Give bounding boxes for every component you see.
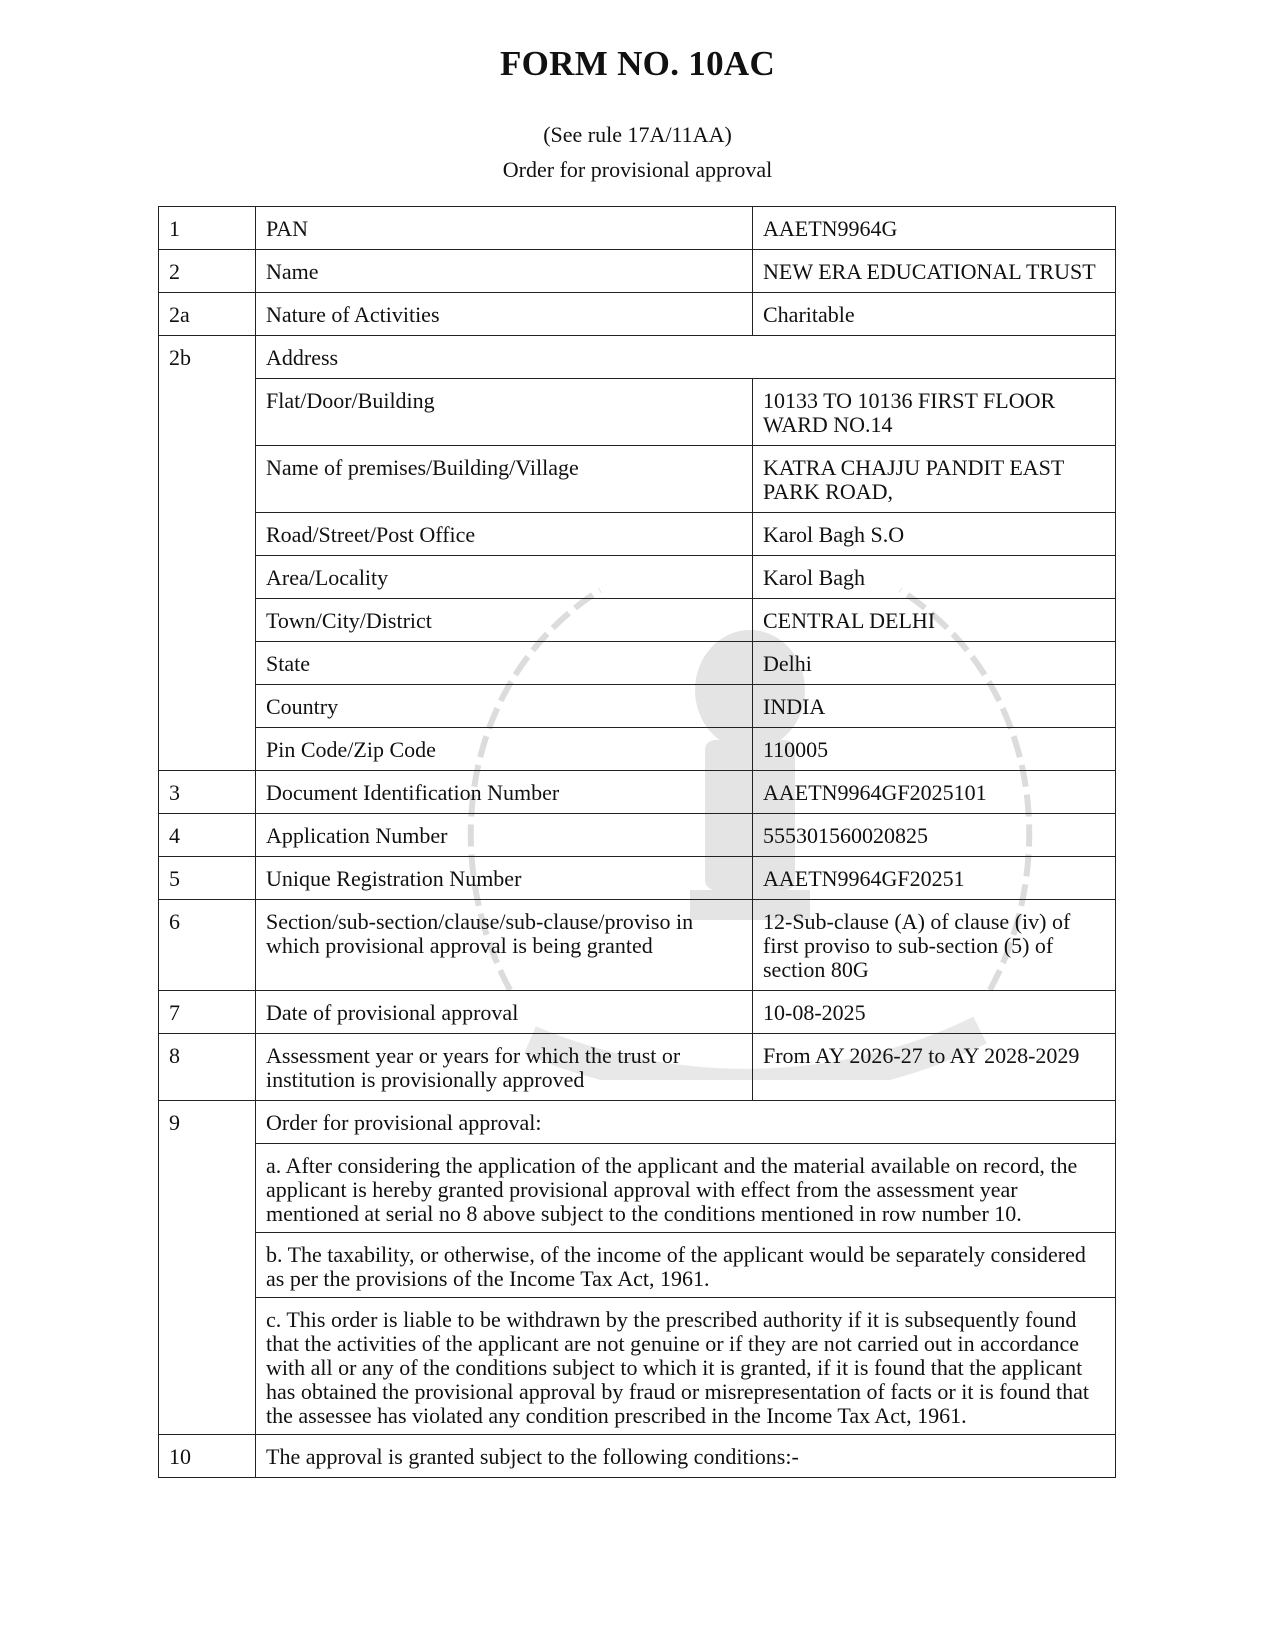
conditions-heading: The approval is granted subject to the f… bbox=[256, 1435, 1116, 1478]
field-label: Date of provisional approval bbox=[256, 991, 753, 1034]
rule-reference: (See rule 17A/11AA) bbox=[0, 122, 1275, 148]
serial-number: 6 bbox=[159, 900, 256, 991]
state-value: Delhi bbox=[753, 642, 1116, 685]
urn-value: AAETN9964GF20251 bbox=[753, 857, 1116, 900]
nature-value: Charitable bbox=[753, 293, 1116, 336]
address-row: Name of premises/Building/VillageKATRA C… bbox=[159, 446, 1116, 513]
section-value: 12-Sub-clause (A) of clause (iv) of firs… bbox=[753, 900, 1116, 991]
name-value: NEW ERA EDUCATIONAL TRUST bbox=[753, 250, 1116, 293]
serial-number: 3 bbox=[159, 771, 256, 814]
address-row: Town/City/DistrictCENTRAL DELHI bbox=[159, 599, 1116, 642]
field-label: State bbox=[256, 642, 753, 685]
field-label: Application Number bbox=[256, 814, 753, 857]
table-row-order: 9 Order for provisional approval: bbox=[159, 1101, 1116, 1144]
table-row-conditions: 10 The approval is granted subject to th… bbox=[159, 1435, 1116, 1478]
road-value: Karol Bagh S.O bbox=[753, 513, 1116, 556]
serial-number: 4 bbox=[159, 814, 256, 857]
order-paragraph-b: b. The taxability, or otherwise, of the … bbox=[256, 1233, 1116, 1298]
field-label: Area/Locality bbox=[256, 556, 753, 599]
field-label: Road/Street/Post Office bbox=[256, 513, 753, 556]
serial-number: 7 bbox=[159, 991, 256, 1034]
order-heading: Order for provisional approval: bbox=[256, 1101, 1116, 1144]
serial-number: 10 bbox=[159, 1435, 256, 1478]
serial-number: 2a bbox=[159, 293, 256, 336]
table-row-assessment-year: 8 Assessment year or years for which the… bbox=[159, 1034, 1116, 1101]
field-label: Name of premises/Building/Village bbox=[256, 446, 753, 513]
field-label: Document Identification Number bbox=[256, 771, 753, 814]
serial-number: 9 bbox=[159, 1101, 256, 1435]
table-row-din: 3 Document Identification Number AAETN99… bbox=[159, 771, 1116, 814]
address-row: Pin Code/Zip Code110005 bbox=[159, 728, 1116, 771]
serial-number: 2b bbox=[159, 336, 256, 771]
approval-form-table: 1 PAN AAETN9964G 2 Name NEW ERA EDUCATIO… bbox=[158, 206, 1116, 1478]
city-value: CENTRAL DELHI bbox=[753, 599, 1116, 642]
table-row-section: 6 Section/sub-section/clause/sub-clause/… bbox=[159, 900, 1116, 991]
form-title: FORM NO. 10AC bbox=[0, 44, 1275, 84]
application-number-value: 555301560020825 bbox=[753, 814, 1116, 857]
pincode-value: 110005 bbox=[753, 728, 1116, 771]
address-row: Area/LocalityKarol Bagh bbox=[159, 556, 1116, 599]
serial-number: 2 bbox=[159, 250, 256, 293]
table-row-name: 2 Name NEW ERA EDUCATIONAL TRUST bbox=[159, 250, 1116, 293]
pan-value: AAETN9964G bbox=[753, 207, 1116, 250]
address-row: StateDelhi bbox=[159, 642, 1116, 685]
field-label: Country bbox=[256, 685, 753, 728]
field-label: Name bbox=[256, 250, 753, 293]
field-label: Pin Code/Zip Code bbox=[256, 728, 753, 771]
address-row: CountryINDIA bbox=[159, 685, 1116, 728]
field-label: Nature of Activities bbox=[256, 293, 753, 336]
address-row: Road/Street/Post OfficeKarol Bagh S.O bbox=[159, 513, 1116, 556]
order-paragraph-c: c. This order is liable to be withdrawn … bbox=[256, 1298, 1116, 1435]
table-row-pan: 1 PAN AAETN9964G bbox=[159, 207, 1116, 250]
table-row-nature: 2a Nature of Activities Charitable bbox=[159, 293, 1116, 336]
form-subtitle: Order for provisional approval bbox=[0, 157, 1275, 183]
area-value: Karol Bagh bbox=[753, 556, 1116, 599]
serial-number: 1 bbox=[159, 207, 256, 250]
serial-number: 5 bbox=[159, 857, 256, 900]
field-label: Section/sub-section/clause/sub-clause/pr… bbox=[256, 900, 753, 991]
field-label: PAN bbox=[256, 207, 753, 250]
field-label: Assessment year or years for which the t… bbox=[256, 1034, 753, 1101]
serial-number: 8 bbox=[159, 1034, 256, 1101]
table-row-application: 4 Application Number 555301560020825 bbox=[159, 814, 1116, 857]
field-label: Unique Registration Number bbox=[256, 857, 753, 900]
field-label: Flat/Door/Building bbox=[256, 379, 753, 446]
din-value: AAETN9964GF2025101 bbox=[753, 771, 1116, 814]
table-row-urn: 5 Unique Registration Number AAETN9964GF… bbox=[159, 857, 1116, 900]
table-row-date: 7 Date of provisional approval 10-08-202… bbox=[159, 991, 1116, 1034]
address-heading: Address bbox=[256, 336, 1116, 379]
approval-date-value: 10-08-2025 bbox=[753, 991, 1116, 1034]
table-row-address: 2b Address bbox=[159, 336, 1116, 379]
order-paragraph-a: a. After considering the application of … bbox=[256, 1144, 1116, 1233]
field-label: Town/City/District bbox=[256, 599, 753, 642]
country-value: INDIA bbox=[753, 685, 1116, 728]
address-row: Flat/Door/Building10133 TO 10136 FIRST F… bbox=[159, 379, 1116, 446]
premises-value: KATRA CHAJJU PANDIT EAST PARK ROAD, bbox=[753, 446, 1116, 513]
assessment-year-value: From AY 2026-27 to AY 2028-2029 bbox=[753, 1034, 1116, 1101]
flat-value: 10133 TO 10136 FIRST FLOOR WARD NO.14 bbox=[753, 379, 1116, 446]
